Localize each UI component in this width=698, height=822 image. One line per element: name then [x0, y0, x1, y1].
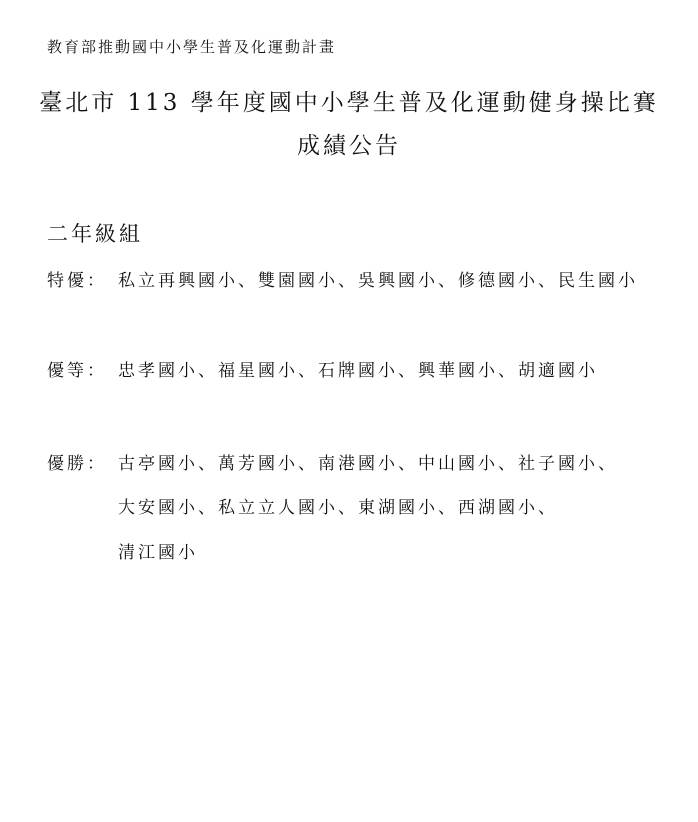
program-header: 教育部推動國中小學生普及化運動計畫: [47, 36, 336, 57]
section-heading-grade-2: 二年級組: [47, 218, 143, 248]
award-school-list: 大安國小、私立立人國小、東湖國小、西湖國小、: [118, 493, 558, 518]
award-label: 特優：: [47, 266, 107, 291]
page-title: 臺北市 113 學年度國中小學生普及化運動健身操比賽: [0, 84, 698, 117]
award-school-list: 清江國小: [118, 538, 198, 563]
award-school-list: 古亭國小、萬芳國小、南港國小、中山國小、社子國小、: [118, 449, 618, 474]
award-label: 優勝：: [47, 449, 107, 474]
award-label: 優等：: [47, 356, 107, 381]
award-school-list: 忠孝國小、福星國小、石牌國小、興華國小、胡適國小: [118, 356, 598, 381]
page-subtitle: 成績公告: [0, 127, 698, 160]
award-school-list: 私立再興國小、雙園國小、吳興國小、修德國小、民生國小: [118, 266, 638, 291]
